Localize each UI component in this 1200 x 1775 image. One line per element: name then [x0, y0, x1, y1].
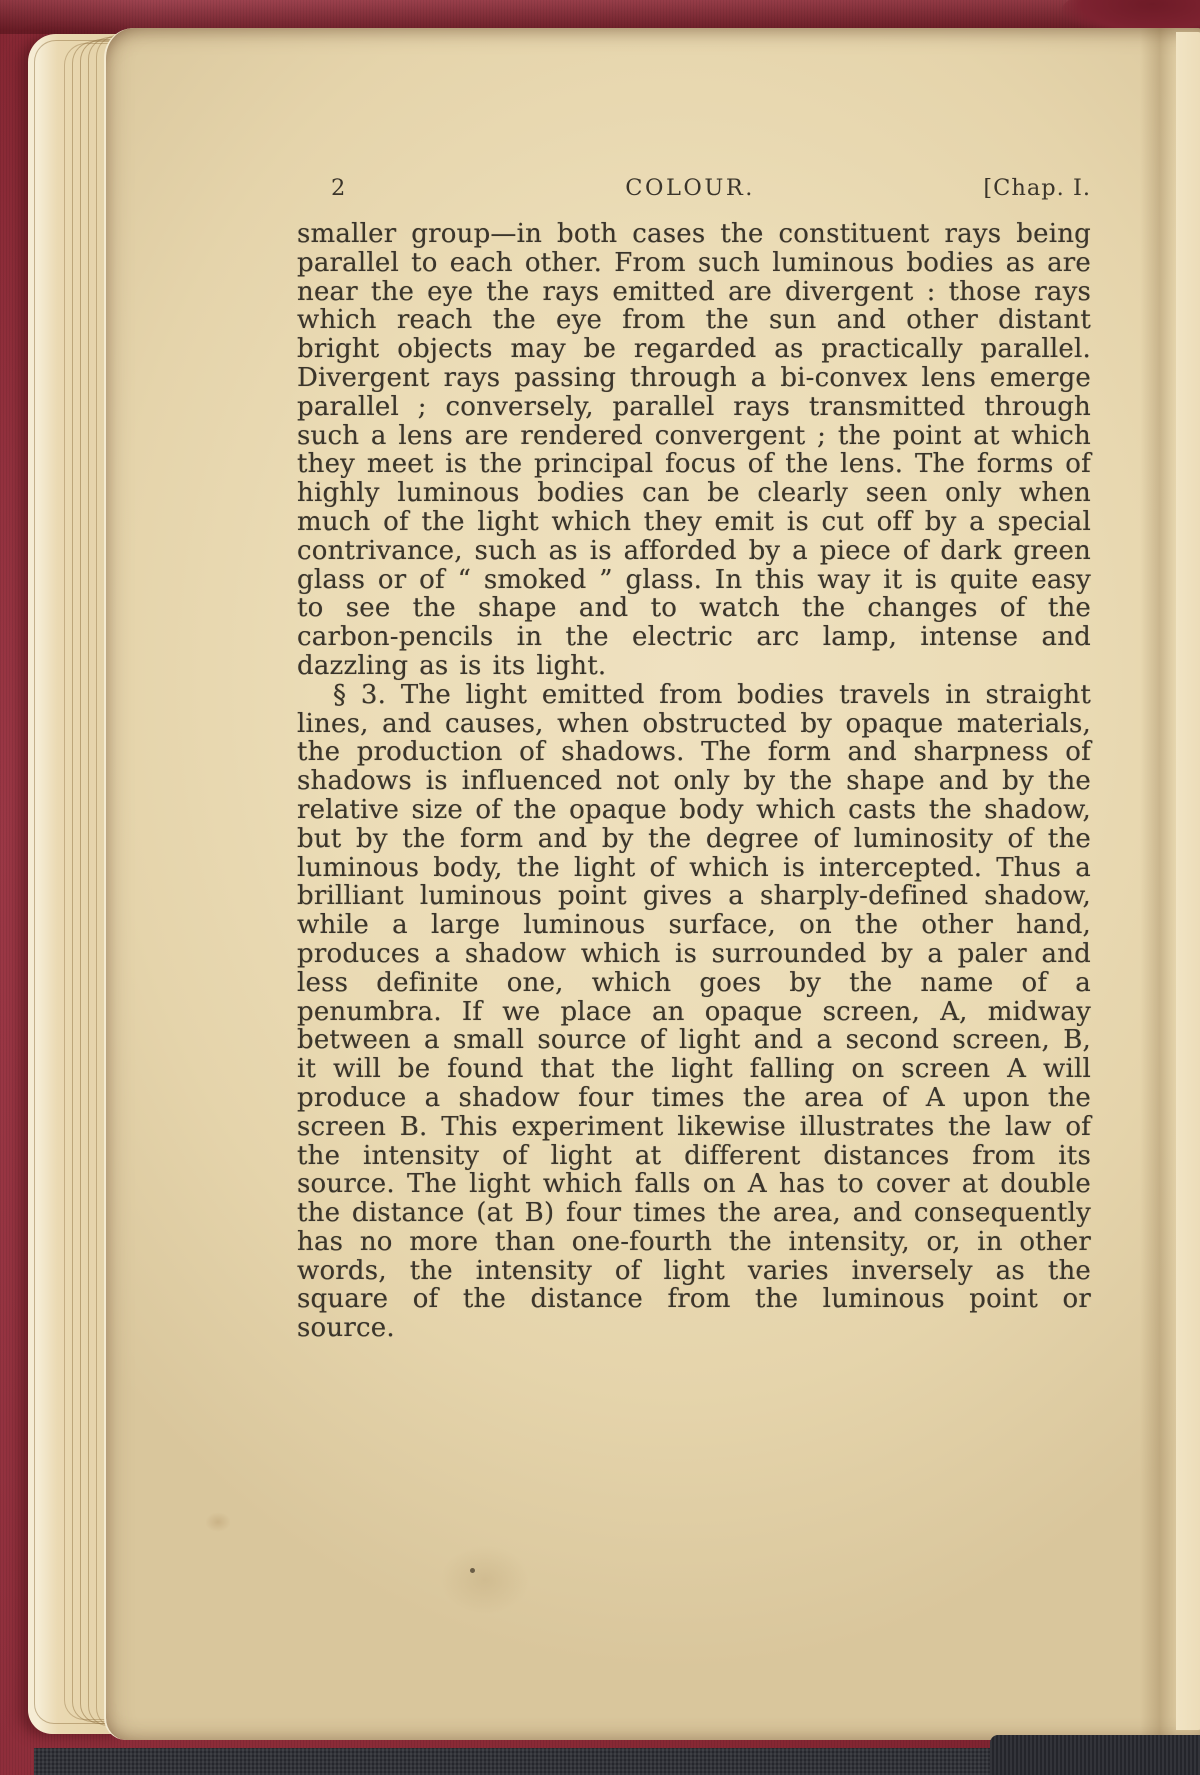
running-head: 2 COLOUR. [Chap. I.	[297, 172, 1091, 204]
chapter-header: [Chap. I.	[983, 172, 1091, 204]
page-text-block: 2 COLOUR. [Chap. I. smaller group—in bot…	[297, 172, 1091, 1343]
scanned-book-page-photo: 2 COLOUR. [Chap. I. smaller group—in bot…	[0, 0, 1200, 1775]
page-number: 2	[331, 172, 346, 204]
body-text: smaller group—in both cases the constitu…	[297, 220, 1091, 1343]
paragraph-section-3: § 3. The light emitted from bodies trave…	[297, 681, 1091, 1343]
running-title: COLOUR.	[625, 172, 755, 204]
paragraph-continuation: smaller group—in both cases the constitu…	[297, 220, 1091, 681]
binding-cloth-bottom-right	[990, 1735, 1200, 1775]
